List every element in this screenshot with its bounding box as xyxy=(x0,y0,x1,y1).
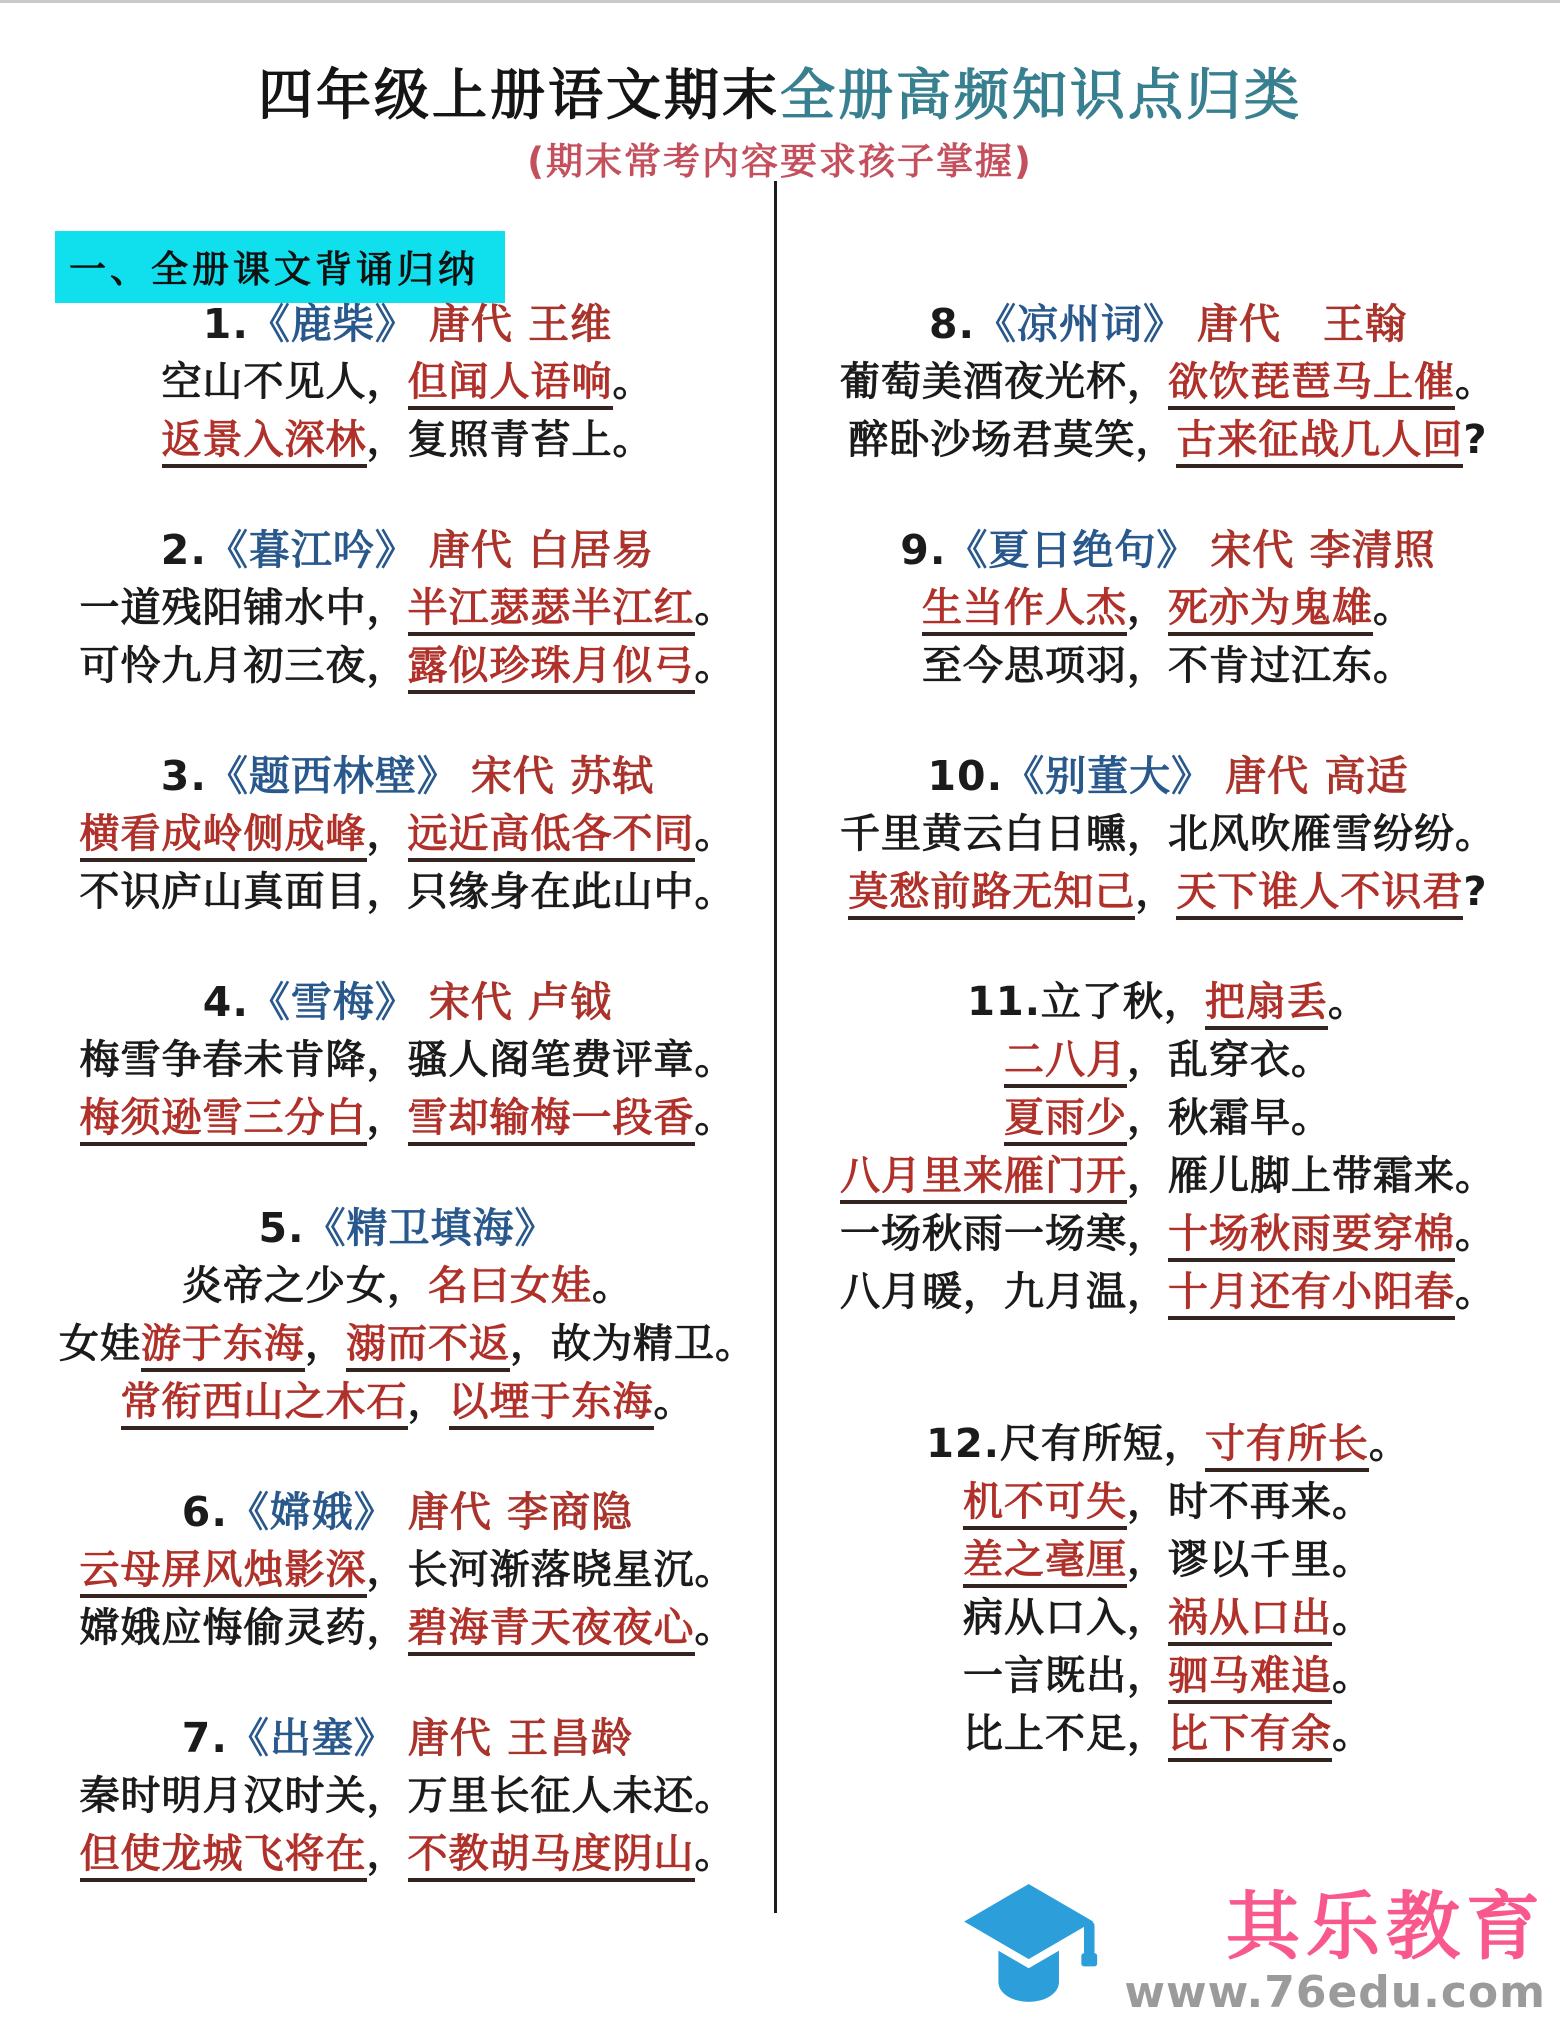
poem-text-plain: 。 xyxy=(695,585,736,631)
poem-text-highlight: 莫愁前路无知己 xyxy=(848,869,1135,920)
poem-number: 5. xyxy=(258,1204,304,1252)
poem-text-plain: ， xyxy=(305,1321,346,1367)
poem-text-plain: ? xyxy=(1463,417,1487,463)
poem-text-plain: ，谬以千里。 xyxy=(1127,1537,1373,1583)
poem-heading: 5.《精卫填海》 xyxy=(59,1199,756,1257)
poem-heading: 3.《题西林壁》宋代 苏轼 xyxy=(80,747,736,805)
poem-line: 秦时明月汉时关，万里长征人未还。 xyxy=(80,1767,736,1825)
poem-title: 《精卫填海》 xyxy=(305,1204,557,1252)
poem-number: 4. xyxy=(203,978,249,1026)
poem-line: 可怜九月初三夜，露似珍珠月似弓。 xyxy=(80,637,736,695)
poem-author: 宋代 李清照 xyxy=(1210,526,1435,574)
poem-block: 3.《题西林壁》宋代 苏轼横看成岭侧成峰，远近高低各不同。不识庐山真面目，只缘身… xyxy=(80,747,736,921)
poem-text-plain: ，时不再来。 xyxy=(1127,1479,1373,1525)
poem-block: 6.《嫦娥》唐代 李商隐云母屏风烛影深，长河渐落晓星沉。嫦娥应悔偷灵药，碧海青天… xyxy=(80,1483,736,1657)
poem-line: 醉卧沙场君莫笑，古来征战几人回? xyxy=(840,411,1496,469)
poem-block: 2.《暮江吟》唐代 白居易一道残阳铺水中，半江瑟瑟半江红。可怜九月初三夜，露似珍… xyxy=(80,521,736,695)
poem-heading: 10.《别董大》唐代 高适 xyxy=(840,747,1496,805)
poem-text-plain: 。 xyxy=(1332,1595,1373,1641)
poem-number: 11. xyxy=(967,979,1041,1025)
poem-text-plain: 不识庐山真面目，只缘身在此山中。 xyxy=(80,869,736,915)
poem-text-plain: 。 xyxy=(1369,1421,1410,1467)
poem-number: 10. xyxy=(928,752,1004,800)
poem-text-plain: 千里黄云白日曛，北风吹雁雪纷纷。 xyxy=(840,811,1496,857)
poem-text-highlight: 溺而不返 xyxy=(346,1321,510,1372)
poem-text-plain: 。 xyxy=(1328,979,1369,1025)
poem-text-plain: 。 xyxy=(695,1095,736,1141)
poem-line: 至今思项羽，不肯过江东。 xyxy=(900,637,1435,695)
poem-text-highlight: 八月里来雁门开 xyxy=(840,1153,1127,1204)
poem-title: 《嫦娥》 xyxy=(228,1488,396,1536)
publisher-logo: 其乐教育 www.76edu.com xyxy=(950,1861,1546,2019)
poem-text-plain: ，复照青苔上。 xyxy=(367,417,654,463)
poem-text-plain: 病从口入， xyxy=(963,1595,1168,1641)
poem-block: 9.《夏日绝句》宋代 李清照生当作人杰，死亦为鬼雄。至今思项羽，不肯过江东。 xyxy=(900,521,1435,695)
poem-text-highlight: 半江瑟瑟半江红 xyxy=(408,585,695,636)
poem-text-highlight: 但使龙城飞将在 xyxy=(80,1831,367,1882)
poem-block: 1.《鹿柴》唐代 王维空山不见人，但闻人语响。返景入深林，复照青苔上。 xyxy=(162,295,654,469)
poem-text-plain: 梅雪争春未肯降，骚人阁笔费评章。 xyxy=(80,1037,736,1083)
poem-title: 《鹿柴》 xyxy=(249,300,417,348)
poem-text-highlight: 常衔西山之木石 xyxy=(121,1379,408,1430)
poem-text-plain: ，故为精卫。 xyxy=(510,1321,756,1367)
poem-number: 9. xyxy=(900,526,946,574)
poem-line: 梅须逊雪三分白，雪却输梅一段香。 xyxy=(80,1089,736,1147)
poem-title: 《雪梅》 xyxy=(249,978,417,1026)
poem-line: 病从口入，祸从口出。 xyxy=(926,1589,1410,1647)
poem-line: 不识庐山真面目，只缘身在此山中。 xyxy=(80,863,736,921)
poem-line: 八月暖，九月温，十月还有小阳春。 xyxy=(840,1263,1496,1321)
poem-text-plain: 。 xyxy=(1455,1211,1496,1257)
poem-author: 宋代 卢钺 xyxy=(429,978,612,1026)
poem-text-plain: 八月暖，九月温， xyxy=(840,1269,1168,1315)
poem-text-highlight: 露似珍珠月似弓 xyxy=(408,643,695,694)
poem-text-highlight: 远近高低各不同 xyxy=(408,811,695,862)
poem-text-highlight: 以堙于东海 xyxy=(449,1379,654,1430)
poem-text-highlight: 比下有余 xyxy=(1168,1711,1332,1762)
poem-text-plain: ， xyxy=(367,1095,408,1141)
worksheet-page: 四年级上册语文期末全册高频知识点归类 (期末常考内容要求孩子掌握) 一、全册课文… xyxy=(0,0,1560,2023)
poem-number: 1. xyxy=(203,300,249,348)
poem-author: 唐代 王维 xyxy=(429,300,612,348)
poem-number: 6. xyxy=(182,1488,228,1536)
poem-text-highlight: 但闻人语响 xyxy=(408,359,613,410)
poem-text-highlight: 横看成岭侧成峰 xyxy=(80,811,367,862)
poem-text-plain: 空山不见人， xyxy=(162,359,408,405)
poem-text-highlight: 碧海青天夜夜心 xyxy=(408,1605,695,1656)
poem-title: 《暮江吟》 xyxy=(207,526,417,574)
poem-text-highlight: 欲饮琵琶马上催 xyxy=(1168,359,1455,410)
poem-text-highlight: 二八月 xyxy=(1004,1037,1127,1088)
poem-text-plain: 尺有所短， xyxy=(1000,1421,1205,1467)
poem-title: 《别董大》 xyxy=(1003,752,1213,800)
poem-text-highlight: 夏雨少 xyxy=(1004,1095,1127,1146)
poem-heading: 7.《出塞》唐代 王昌龄 xyxy=(80,1709,736,1767)
poem-line: 莫愁前路无知己，天下谁人不识君? xyxy=(840,863,1496,921)
poem-text-highlight: 天下谁人不识君 xyxy=(1176,869,1463,920)
publisher-name: 其乐教育 xyxy=(1226,1887,1546,1967)
publisher-text-block: 其乐教育 www.76edu.com xyxy=(1124,1887,1546,2019)
poem-text-plain: 。 xyxy=(1332,1711,1373,1757)
poem-text-plain: 。 xyxy=(1373,585,1414,631)
page-title-teal-part: 全册高频知识点归类 xyxy=(780,63,1302,127)
poem-text-plain: 。 xyxy=(1332,1653,1373,1699)
poem-text-plain: ，雁儿脚上带霜来。 xyxy=(1127,1153,1496,1199)
poem-block: 5.《精卫填海》炎帝之少女，名曰女娃。女娃游于东海，溺而不返，故为精卫。常衔西山… xyxy=(59,1199,756,1431)
poem-block: 11.立了秋，把扇丢。二八月，乱穿衣。夏雨少，秋霜早。八月里来雁门开，雁儿脚上带… xyxy=(840,973,1496,1321)
poem-column-left: 1.《鹿柴》唐代 王维空山不见人，但闻人语响。返景入深林，复照青苔上。2.《暮江… xyxy=(55,295,760,1935)
poem-line: 二八月，乱穿衣。 xyxy=(840,1031,1496,1089)
poem-text-highlight: 名曰女娃 xyxy=(428,1263,592,1309)
poem-text-highlight: 差之毫厘 xyxy=(963,1537,1127,1588)
poem-text-highlight: 十月还有小阳春 xyxy=(1168,1269,1455,1320)
poem-text-highlight: 游于东海 xyxy=(141,1321,305,1372)
poem-text-highlight: 古来征战几人回 xyxy=(1176,417,1463,468)
poem-column-right: 8.《凉州词》唐代 王翰葡萄美酒夜光杯，欲饮琵琶马上催。醉卧沙场君莫笑，古来征战… xyxy=(792,295,1544,1815)
poem-line: 云母屏风烛影深，长河渐落晓星沉。 xyxy=(80,1541,736,1599)
poem-line: 千里黄云白日曛，北风吹雁雪纷纷。 xyxy=(840,805,1496,863)
poem-author: 唐代 王昌龄 xyxy=(408,1714,633,1762)
poem-block: 12.尺有所短，寸有所长。机不可失，时不再来。差之毫厘，谬以千里。病从口入，祸从… xyxy=(926,1415,1410,1763)
poem-line: 八月里来雁门开，雁儿脚上带霜来。 xyxy=(840,1147,1496,1205)
poem-block: 8.《凉州词》唐代 王翰葡萄美酒夜光杯，欲饮琵琶马上催。醉卧沙场君莫笑，古来征战… xyxy=(840,295,1496,469)
poem-line: 生当作人杰，死亦为鬼雄。 xyxy=(900,579,1435,637)
poem-line: 常衔西山之木石，以堙于东海。 xyxy=(59,1373,756,1431)
poem-text-plain: 醉卧沙场君莫笑， xyxy=(848,417,1176,463)
poem-text-plain: 。 xyxy=(695,1831,736,1877)
poem-text-plain: 嫦娥应悔偷灵药， xyxy=(80,1605,408,1651)
poem-text-plain: 比上不足， xyxy=(963,1711,1168,1757)
graduation-cap-icon xyxy=(950,1861,1110,2019)
poem-text-plain: ， xyxy=(1127,585,1168,631)
poem-text-plain: 至今思项羽，不肯过江东。 xyxy=(922,643,1414,689)
column-divider xyxy=(774,181,777,1913)
poem-author: 唐代 白居易 xyxy=(429,526,654,574)
poem-text-highlight: 把扇丢 xyxy=(1205,979,1328,1030)
poem-text-highlight: 返景入深林 xyxy=(162,417,367,468)
poem-text-highlight: 不教胡马度阴山 xyxy=(408,1831,695,1882)
poem-line: 比上不足，比下有余。 xyxy=(926,1705,1410,1763)
poem-text-plain: ， xyxy=(408,1379,449,1425)
poem-text-plain: ， xyxy=(367,1831,408,1877)
poem-text-highlight: 机不可失 xyxy=(963,1479,1127,1530)
section-header-badge: 一、全册课文背诵归纳 xyxy=(55,231,505,303)
poem-text-plain: 。 xyxy=(613,359,654,405)
poem-text-plain: 秦时明月汉时关，万里长征人未还。 xyxy=(80,1773,736,1819)
poem-line: 空山不见人，但闻人语响。 xyxy=(162,353,654,411)
page-title-black-part: 四年级上册语文期末 xyxy=(258,63,780,127)
poem-block: 10.《别董大》唐代 高适千里黄云白日曛，北风吹雁雪纷纷。莫愁前路无知己，天下谁… xyxy=(840,747,1496,921)
poem-text-plain: 葡萄美酒夜光杯， xyxy=(840,359,1168,405)
poem-heading: 2.《暮江吟》唐代 白居易 xyxy=(80,521,736,579)
poem-text-highlight: 梅须逊雪三分白 xyxy=(80,1095,367,1146)
poem-heading: 8.《凉州词》唐代 王翰 xyxy=(840,295,1496,353)
poem-line: 嫦娥应悔偷灵药，碧海青天夜夜心。 xyxy=(80,1599,736,1657)
poem-title: 《题西林壁》 xyxy=(207,752,459,800)
poem-line: 横看成岭侧成峰，远近高低各不同。 xyxy=(80,805,736,863)
poem-number: 2. xyxy=(161,526,207,574)
poem-text-plain: 一场秋雨一场寒， xyxy=(840,1211,1168,1257)
poem-text-plain: ，乱穿衣。 xyxy=(1127,1037,1332,1083)
poem-text-highlight: 死亦为鬼雄 xyxy=(1168,585,1373,636)
poem-text-highlight: 祸从口出 xyxy=(1168,1595,1332,1646)
poem-author: 唐代 高适 xyxy=(1225,752,1408,800)
poem-number: 3. xyxy=(161,752,207,800)
poem-text-plain: 一言既出， xyxy=(963,1653,1168,1699)
poem-heading: 9.《夏日绝句》宋代 李清照 xyxy=(900,521,1435,579)
poem-number: 8. xyxy=(929,300,975,348)
poem-author: 宋代 苏轼 xyxy=(471,752,654,800)
poem-line: 女娃游于东海，溺而不返，故为精卫。 xyxy=(59,1315,756,1373)
poem-line: 11.立了秋，把扇丢。 xyxy=(840,973,1496,1031)
poem-title: 《夏日绝句》 xyxy=(946,526,1198,574)
page-subtitle: (期末常考内容要求孩子掌握) xyxy=(0,131,1560,185)
poem-line: 返景入深林，复照青苔上。 xyxy=(162,411,654,469)
poem-line: 12.尺有所短，寸有所长。 xyxy=(926,1415,1410,1473)
poem-line: 一言既出，驷马难追。 xyxy=(926,1647,1410,1705)
poem-text-highlight: 驷马难追 xyxy=(1168,1653,1332,1704)
poem-title: 《出塞》 xyxy=(228,1714,396,1762)
poem-number: 7. xyxy=(182,1714,228,1762)
poem-line: 炎帝之少女，名曰女娃。 xyxy=(59,1257,756,1315)
poem-line: 梅雪争春未肯降，骚人阁笔费评章。 xyxy=(80,1031,736,1089)
poem-text-plain: 。 xyxy=(695,811,736,857)
poem-text-plain: 可怜九月初三夜， xyxy=(80,643,408,689)
poem-text-plain: ，长河渐落晓星沉。 xyxy=(367,1547,736,1593)
poem-text-highlight: 寸有所长 xyxy=(1205,1421,1369,1472)
poem-text-plain: 一道残阳铺水中， xyxy=(80,585,408,631)
poem-heading: 6.《嫦娥》唐代 李商隐 xyxy=(80,1483,736,1541)
publisher-url: www.76edu.com xyxy=(1124,1967,1546,2019)
poem-text-highlight: 云母屏风烛影深 xyxy=(80,1547,367,1598)
poem-text-highlight: 生当作人杰 xyxy=(922,585,1127,636)
poem-line: 一场秋雨一场寒，十场秋雨要穿棉。 xyxy=(840,1205,1496,1263)
page-title: 四年级上册语文期末全册高频知识点归类 xyxy=(0,51,1560,130)
poem-text-plain: 。 xyxy=(695,643,736,689)
poem-text-plain: ， xyxy=(367,811,408,857)
poem-heading: 1.《鹿柴》唐代 王维 xyxy=(162,295,654,353)
poem-text-plain: 立了秋， xyxy=(1041,979,1205,1025)
poem-text-plain: 。 xyxy=(695,1605,736,1651)
poem-text-plain: 。 xyxy=(1455,1269,1496,1315)
poem-block: 7.《出塞》唐代 王昌龄秦时明月汉时关，万里长征人未还。但使龙城飞将在，不教胡马… xyxy=(80,1709,736,1883)
poem-text-highlight: 十场秋雨要穿棉 xyxy=(1168,1211,1455,1262)
poem-text-plain: 炎帝之少女， xyxy=(182,1263,428,1309)
poem-text-plain: 女娃 xyxy=(59,1321,141,1367)
poem-text-highlight: 雪却输梅一段香 xyxy=(408,1095,695,1146)
poem-title: 《凉州词》 xyxy=(975,300,1185,348)
poem-text-plain: ? xyxy=(1463,869,1487,915)
poem-line: 葡萄美酒夜光杯，欲饮琵琶马上催。 xyxy=(840,353,1496,411)
poem-number: 12. xyxy=(926,1421,1000,1467)
poem-line: 差之毫厘，谬以千里。 xyxy=(926,1531,1410,1589)
poem-author: 唐代 王翰 xyxy=(1197,300,1407,348)
poem-line: 机不可失，时不再来。 xyxy=(926,1473,1410,1531)
poem-block: 4.《雪梅》宋代 卢钺梅雪争春未肯降，骚人阁笔费评章。梅须逊雪三分白，雪却输梅一… xyxy=(80,973,736,1147)
poem-text-plain: ， xyxy=(1135,869,1176,915)
poem-text-plain: 。 xyxy=(592,1263,633,1309)
poem-line: 夏雨少，秋霜早。 xyxy=(840,1089,1496,1147)
poem-text-plain: ，秋霜早。 xyxy=(1127,1095,1332,1141)
poem-heading: 4.《雪梅》宋代 卢钺 xyxy=(80,973,736,1031)
poem-author: 唐代 李商隐 xyxy=(408,1488,633,1536)
poem-line: 一道残阳铺水中，半江瑟瑟半江红。 xyxy=(80,579,736,637)
poem-line: 但使龙城飞将在，不教胡马度阴山。 xyxy=(80,1825,736,1883)
poem-text-plain: 。 xyxy=(654,1379,695,1425)
poem-text-plain: 。 xyxy=(1455,359,1496,405)
